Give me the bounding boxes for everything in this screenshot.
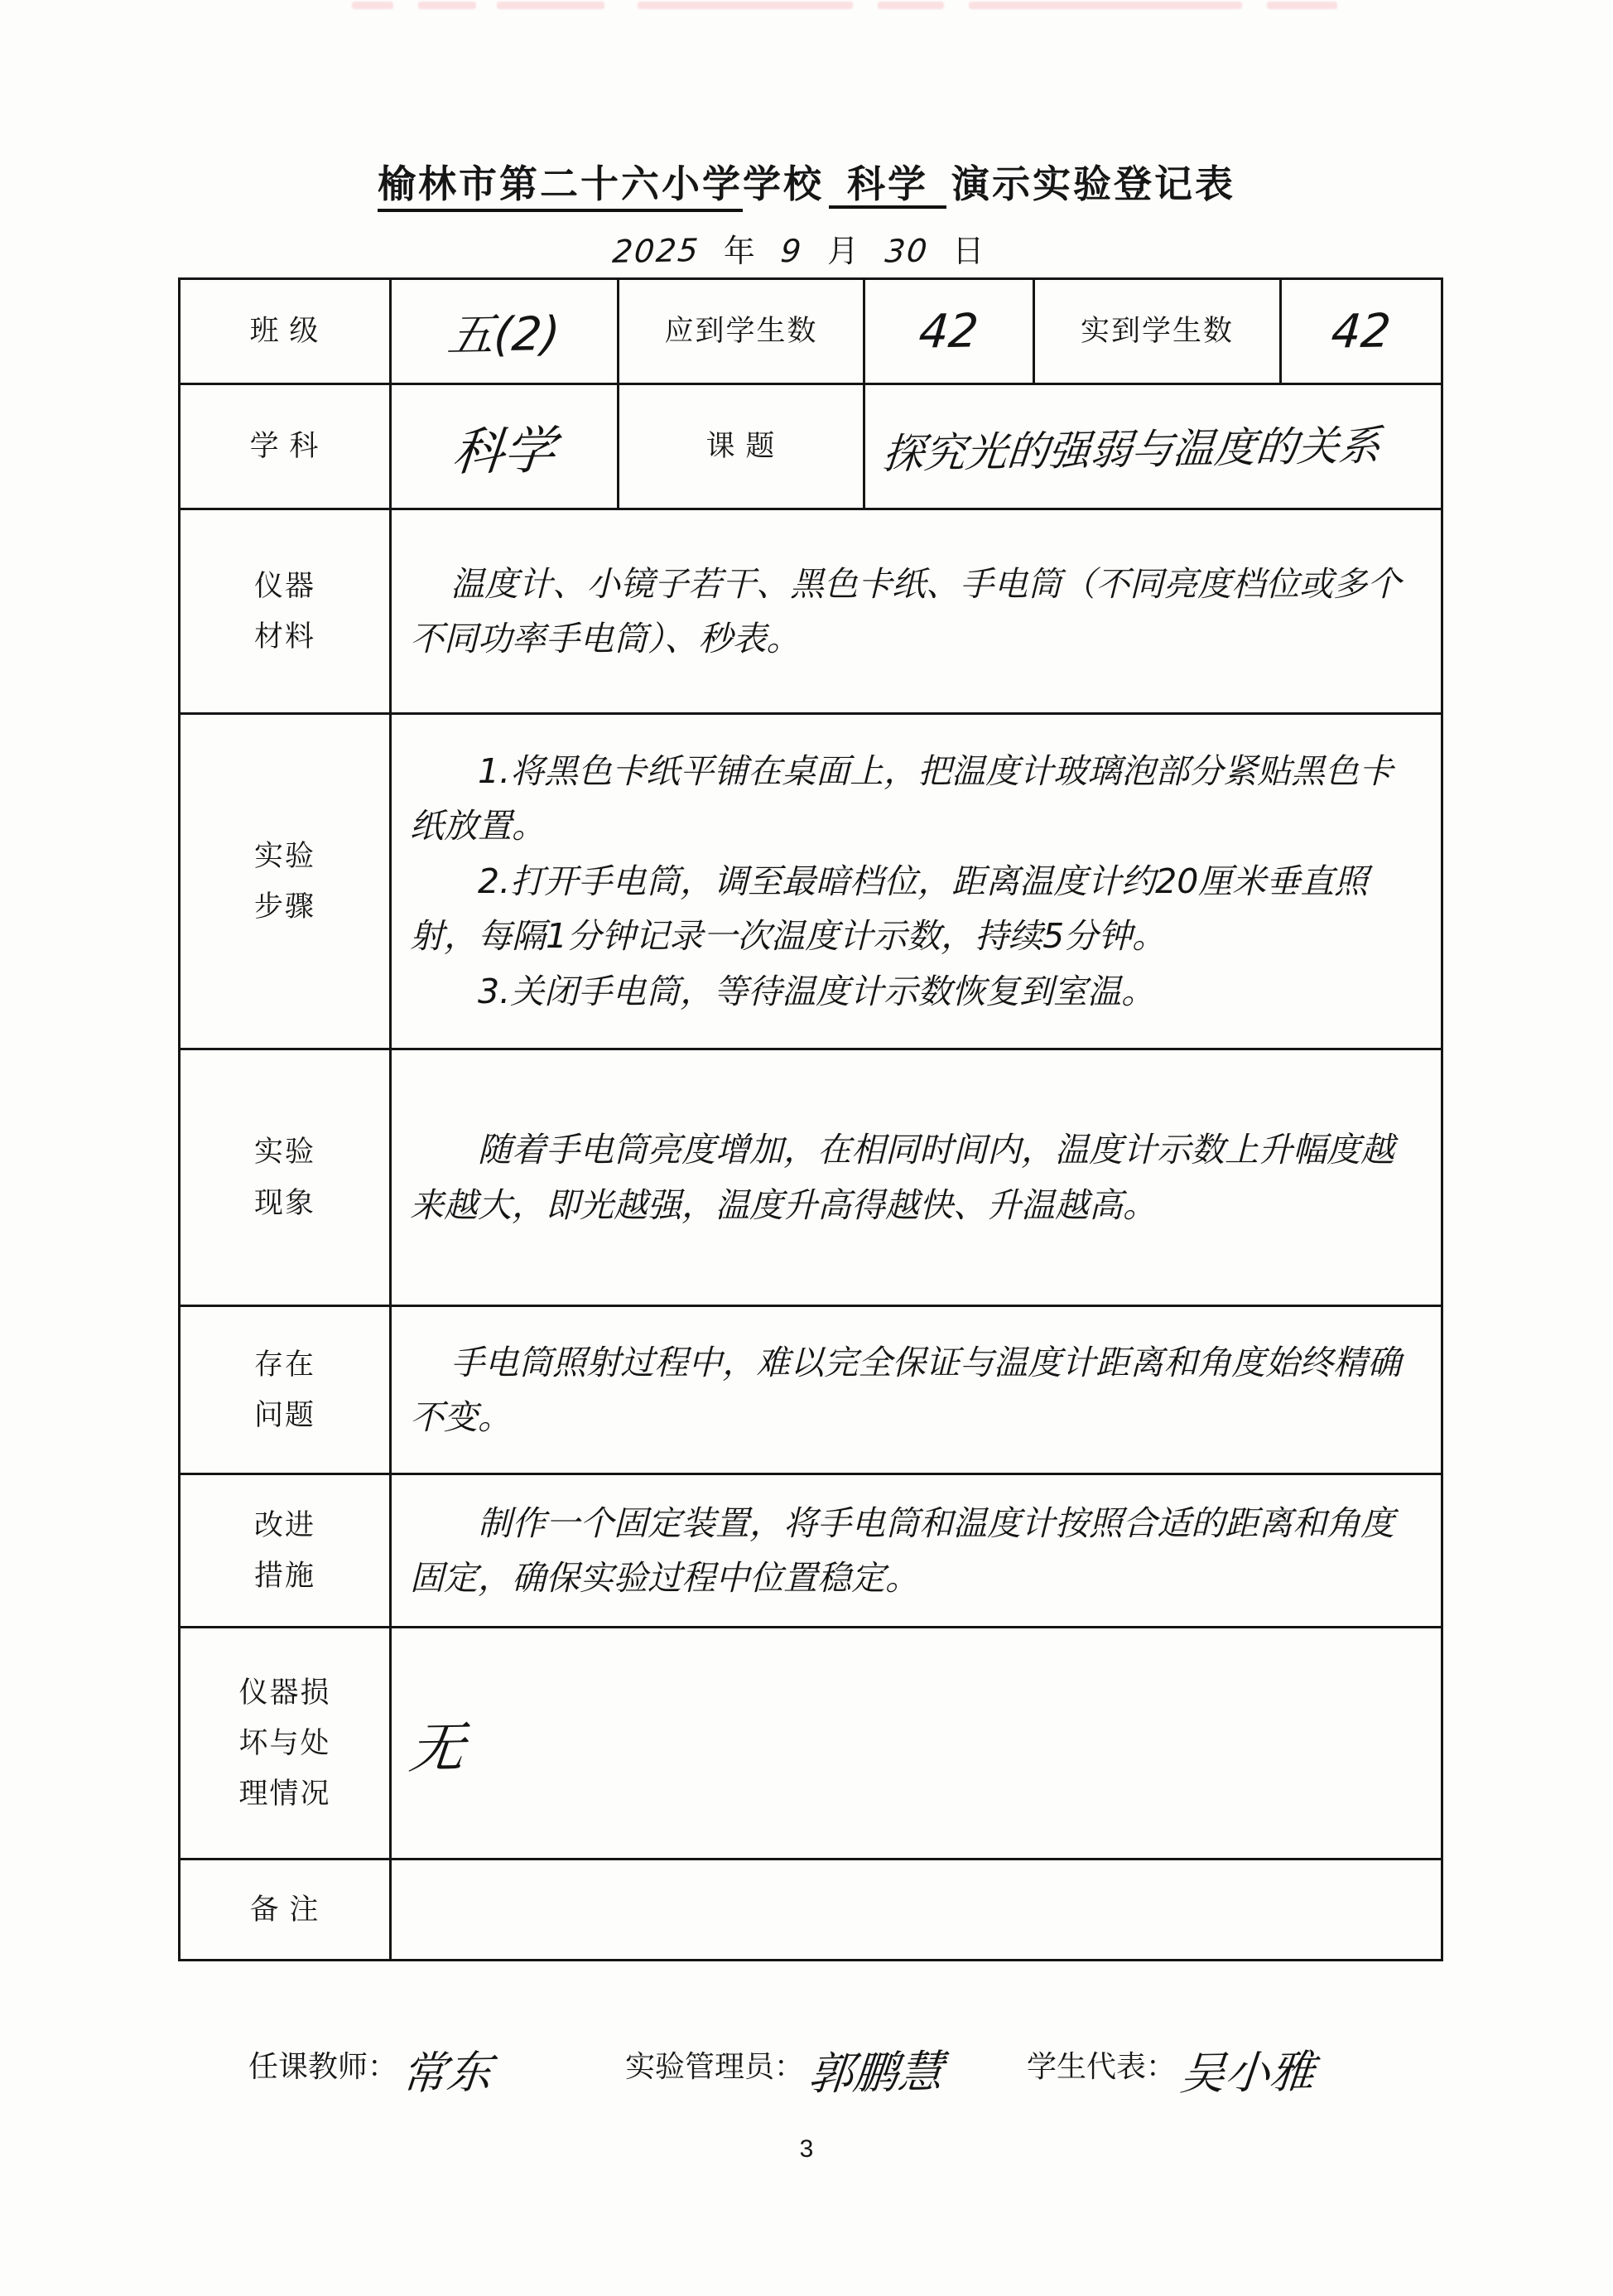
materials-label: 仪器 材料 [180, 509, 391, 714]
subject-label: 学 科 [180, 384, 391, 509]
subject-value: 科学 [450, 408, 559, 484]
signature-footer: 任课教师：常东 实验管理员：郭鹏慧 学生代表：吴小雅 [236, 2014, 1412, 2130]
problems-content: 手电筒照射过程中，难以完全保证与温度计距离和角度始终精确不变。 [410, 1335, 1419, 1445]
topic-value: 探究光的强弱与温度的关系 [880, 412, 1383, 480]
table-row-materials: 仪器 材料 温度计、小镜子若干、黑色卡纸、手电筒（不同亮度档位或多个不同功率手电… [180, 509, 1442, 714]
date-day-label: 日 [952, 234, 985, 269]
problems-content-cell: 手电筒照射过程中，难以完全保证与温度计距离和角度始终精确不变。 [391, 1306, 1442, 1474]
form-title: 榆林市第二十六小学学校科学演示实验登记表 [0, 154, 1613, 209]
teacher-signature: 常东 [400, 2037, 495, 2102]
class-value: 五(2) [445, 297, 564, 365]
title-subject: 科学 [829, 163, 946, 209]
class-label: 班 级 [180, 279, 391, 384]
title-tail: 演示实验登记表 [951, 163, 1235, 205]
step-1: 1.将黑色卡纸平铺在桌面上，把温度计玻璃泡部分紧贴黑色卡纸放置。 [410, 744, 1419, 854]
student-signature: 吴小雅 [1178, 2037, 1318, 2103]
table-row-class: 班 级 五(2) 应到学生数 42 实到学生数 42 [180, 279, 1442, 384]
phenomena-content: 随着手电筒亮度增加，在相同时间内，温度计示数上升幅度越来越大，即光越强，温度升高… [410, 1122, 1419, 1232]
topic-value-cell: 探究光的强弱与温度的关系 [864, 384, 1442, 509]
step-2: 2.打开手电筒，调至最暗档位，距离温度计约20厘米垂直照射，每隔1分钟记录一次温… [410, 854, 1419, 964]
steps-label: 实验 步骤 [180, 714, 391, 1049]
actual-students-value: 42 [1329, 304, 1393, 359]
student-label: 学生代表： [1027, 2050, 1176, 2083]
damage-label: 仪器损 坏与处 理情况 [180, 1628, 391, 1859]
expected-students-label: 应到学生数 [619, 279, 864, 384]
materials-content: 温度计、小镜子若干、黑色卡纸、手电筒（不同亮度档位或多个不同功率手电筒）、秒表。 [410, 557, 1419, 667]
teacher-label: 任课教师： [248, 2050, 397, 2083]
damage-content: 无 [407, 1703, 468, 1782]
expected-students-value: 42 [917, 304, 980, 359]
topic-label: 课 题 [619, 384, 864, 509]
school-suffix: 学校 [743, 163, 824, 205]
remarks-content-cell [391, 1859, 1442, 1961]
manager-signature: 郭鹏慧 [806, 2037, 946, 2103]
table-row-damage: 仪器损 坏与处 理情况 无 [180, 1628, 1442, 1859]
steps-content-cell: 1.将黑色卡纸平铺在桌面上，把温度计玻璃泡部分紧贴黑色卡纸放置。 2.打开手电筒… [391, 714, 1442, 1049]
date-month-label: 月 [827, 234, 860, 269]
form-date: 2025 年 9 月 30 日 [0, 225, 1613, 271]
class-value-cell: 五(2) [391, 279, 619, 384]
school-name: 榆林市第二十六小学 [378, 163, 743, 212]
actual-students-label: 实到学生数 [1034, 279, 1281, 384]
date-year-label: 年 [724, 234, 757, 269]
table-row-problems: 存在 问题 手电筒照射过程中，难以完全保证与温度计距离和角度始终精确不变。 [180, 1306, 1442, 1474]
improvements-content-cell: 制作一个固定装置，将手电筒和温度计按照合适的距离和角度固定，确保实验过程中位置稳… [391, 1474, 1442, 1628]
experiment-registration-table: 班 级 五(2) 应到学生数 42 实到学生数 42 学 科 科学 课 题 探究… [178, 277, 1443, 1961]
faded-header-artifact [0, 0, 1613, 15]
actual-students-cell: 42 [1281, 279, 1442, 384]
table-row-phenomena: 实验 现象 随着手电筒亮度增加，在相同时间内，温度计示数上升幅度越来越大，即光越… [180, 1049, 1442, 1306]
step-3: 3.关闭手电筒，等待温度计示数恢复到室温。 [410, 964, 1419, 1019]
table-row-improvements: 改进 措施 制作一个固定装置，将手电筒和温度计按照合适的距离和角度固定，确保实验… [180, 1474, 1442, 1628]
table-row-subject: 学 科 科学 课 题 探究光的强弱与温度的关系 [180, 384, 1442, 509]
damage-content-cell: 无 [391, 1628, 1442, 1859]
remarks-label: 备 注 [180, 1859, 391, 1961]
phenomena-label: 实验 现象 [180, 1049, 391, 1306]
date-day-value: 30 [884, 233, 930, 270]
improvements-label: 改进 措施 [180, 1474, 391, 1628]
date-year-value: 2025 [611, 232, 701, 270]
scanned-form-page: 榆林市第二十六小学学校科学演示实验登记表 2025 年 9 月 30 日 班 级… [0, 0, 1613, 2296]
expected-students-cell: 42 [864, 279, 1034, 384]
phenomena-content-cell: 随着手电筒亮度增加，在相同时间内，温度计示数上升幅度越来越大，即光越强，温度升高… [391, 1049, 1442, 1306]
subject-value-cell: 科学 [391, 384, 619, 509]
page-number: 3 [0, 2135, 1613, 2163]
table-row-steps: 实验 步骤 1.将黑色卡纸平铺在桌面上，把温度计玻璃泡部分紧贴黑色卡纸放置。 2… [180, 714, 1442, 1049]
table-row-remarks: 备 注 [180, 1859, 1442, 1961]
manager-label: 实验管理员： [625, 2050, 804, 2083]
materials-content-cell: 温度计、小镜子若干、黑色卡纸、手电筒（不同亮度档位或多个不同功率手电筒）、秒表。 [391, 509, 1442, 714]
date-month-value: 9 [779, 233, 804, 269]
problems-label: 存在 问题 [180, 1306, 391, 1474]
improvements-content: 制作一个固定装置，将手电筒和温度计按照合适的距离和角度固定，确保实验过程中位置稳… [410, 1496, 1419, 1606]
